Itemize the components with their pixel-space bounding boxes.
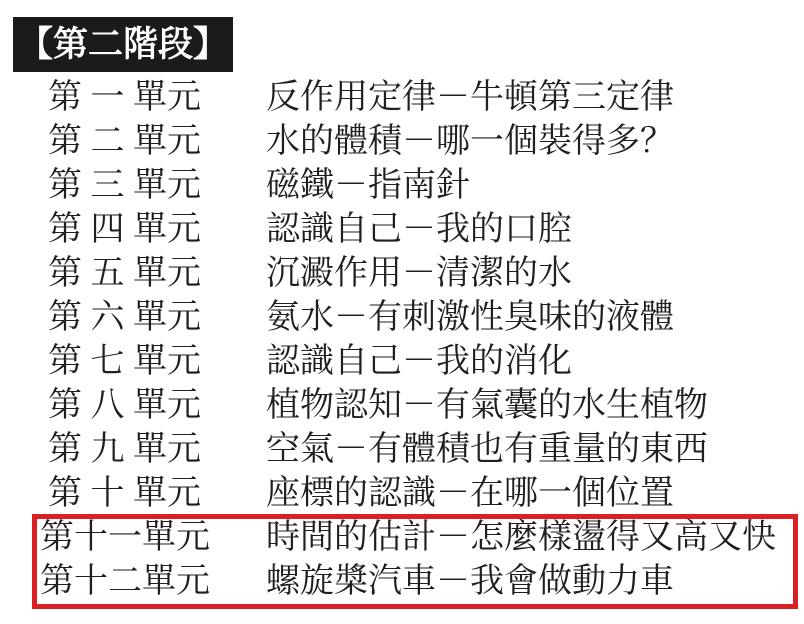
unit-row: 第 四 單元 認識自己－我的口腔 xyxy=(0,208,804,252)
unit-number-label: 第 八 單元 xyxy=(48,389,266,423)
section-header-label: 【第二階段】 xyxy=(18,27,228,62)
unit-title: 沉澱作用－清潔的水 xyxy=(266,257,572,291)
unit-row: 第 九 單元 空氣－有體積也有重量的東西 xyxy=(0,428,804,472)
unit-title: 水的體積－哪一個裝得多？ xyxy=(266,125,674,159)
unit-title: 植物認知－有氣囊的水生植物 xyxy=(266,389,708,423)
unit-number-label: 第 一 單元 xyxy=(48,81,266,115)
unit-number-label: 第 十 單元 xyxy=(48,477,266,511)
unit-row: 第 七 單元 認識自己－我的消化 xyxy=(0,340,804,384)
unit-row: 第 十 單元 座標的認識－在哪一個位置 xyxy=(0,472,804,516)
unit-row: 第 一 單元 反作用定律－牛頓第三定律 xyxy=(0,76,804,120)
unit-title: 反作用定律－牛頓第三定律 xyxy=(266,81,674,115)
unit-title: 認識自己－我的口腔 xyxy=(266,213,572,247)
unit-number-label: 第十二單元 xyxy=(40,565,266,599)
unit-title: 磁鐵－指南針 xyxy=(266,169,470,203)
unit-row: 第 二 單元 水的體積－哪一個裝得多？ xyxy=(0,120,804,164)
unit-number-label: 第 四 單元 xyxy=(48,213,266,247)
unit-number-label: 第 二 單元 xyxy=(48,125,266,159)
unit-row: 第十二單元 螺旋槳汽車－我會做動力車 xyxy=(0,560,804,604)
unit-row: 第 五 單元 沉澱作用－清潔的水 xyxy=(0,252,804,296)
unit-title: 螺旋槳汽車－我會做動力車 xyxy=(266,565,674,599)
unit-title: 時間的估計－怎麼樣盪得又高又快 xyxy=(266,521,776,555)
unit-title: 氨水－有刺激性臭味的液體 xyxy=(266,301,674,335)
unit-title: 認識自己－我的消化 xyxy=(266,345,572,379)
unit-number-label: 第十一單元 xyxy=(40,521,266,555)
unit-title: 座標的認識－在哪一個位置 xyxy=(266,477,674,511)
unit-row: 第 八 單元 植物認知－有氣囊的水生植物 xyxy=(0,384,804,428)
unit-number-label: 第 三 單元 xyxy=(48,169,266,203)
section-header: 【第二階段】 xyxy=(13,17,233,72)
unit-list: 第 一 單元 反作用定律－牛頓第三定律 第 二 單元 水的體積－哪一個裝得多？ … xyxy=(0,76,804,604)
unit-number-label: 第 五 單元 xyxy=(48,257,266,291)
unit-row: 第 六 單元 氨水－有刺激性臭味的液體 xyxy=(0,296,804,340)
document-page: 【第二階段】 第 一 單元 反作用定律－牛頓第三定律 第 二 單元 水的體積－哪… xyxy=(0,0,804,624)
unit-title: 空氣－有體積也有重量的東西 xyxy=(266,433,708,467)
unit-number-label: 第 九 單元 xyxy=(48,433,266,467)
unit-row: 第十一單元 時間的估計－怎麼樣盪得又高又快 xyxy=(0,516,804,560)
unit-number-label: 第 六 單元 xyxy=(48,301,266,335)
unit-number-label: 第 七 單元 xyxy=(48,345,266,379)
unit-row: 第 三 單元 磁鐵－指南針 xyxy=(0,164,804,208)
